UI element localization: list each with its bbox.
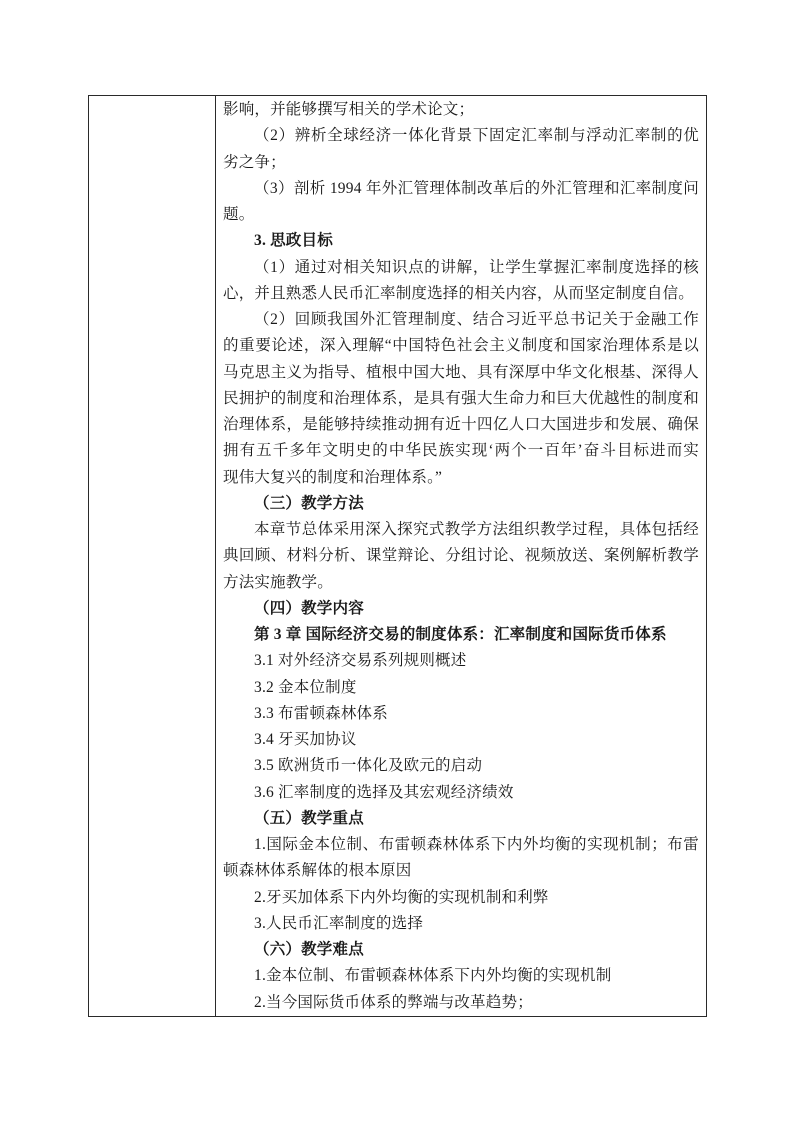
table-cell-left-empty — [89, 96, 216, 1016]
text-line: 题。 — [223, 202, 699, 228]
text-line: 的重要论述，深入理解“中国特色社会主义制度和国家治理体系是以 — [223, 333, 699, 359]
text-line: 3.4 牙买加协议 — [223, 727, 699, 753]
text-line: （2）辨析全球经济一体化背景下固定汇率制与浮动汇率制的优 — [223, 123, 699, 149]
text-line: 3.2 金本位制度 — [223, 675, 699, 701]
text-line: 民拥护的制度和治理体系，是具有强大生命力和巨大优越性的制度和 — [223, 386, 699, 412]
text-line: 3.6 汇率制度的选择及其宏观经济绩效 — [223, 780, 699, 806]
text-line: 治理体系，是能够持续推动拥有近十四亿人口大国进步和发展、确保 — [223, 412, 699, 438]
document-page: 影响，并能够撰写相关的学术论文；（2）辨析全球经济一体化背景下固定汇率制与浮动汇… — [0, 0, 794, 1123]
text-line: 2.当今国际货币体系的弊端与改革趋势； — [223, 990, 699, 1016]
heading-line: （六）教学难点 — [223, 937, 699, 963]
heading-line: （四）教学内容 — [223, 596, 699, 622]
table-cell-content: 影响，并能够撰写相关的学术论文；（2）辨析全球经济一体化背景下固定汇率制与浮动汇… — [216, 96, 706, 1016]
text-line: 心，并且熟悉人民币汇率制度选择的相关内容，从而坚定制度自信。 — [223, 281, 699, 307]
text-line: 3.人民币汇率制度的选择 — [223, 911, 699, 937]
heading-line: 3. 思政目标 — [223, 228, 699, 254]
heading-line: （三）教学方法 — [223, 491, 699, 517]
text-line: 方法实施教学。 — [223, 570, 699, 596]
text-line: 1.国际金本位制、布雷顿森林体系下内外均衡的实现机制；布雷 — [223, 832, 699, 858]
lesson-plan-table: 影响，并能够撰写相关的学术论文；（2）辨析全球经济一体化背景下固定汇率制与浮动汇… — [88, 95, 707, 1017]
text-line: 3.5 欧洲货币一体化及欧元的启动 — [223, 753, 699, 779]
text-line: 2.牙买加体系下内外均衡的实现机制和利弊 — [223, 885, 699, 911]
heading-line: 第 3 章 国际经济交易的制度体系：汇率制度和国际货币体系 — [223, 622, 699, 648]
text-line: 3.1 对外经济交易系列规则概述 — [223, 648, 699, 674]
text-line: 拥有五千多年文明史的中华民族实现‘两个一百年’奋斗目标进而实 — [223, 438, 699, 464]
text-line: 本章节总体采用深入探究式教学方法组织教学过程，具体包括经 — [223, 517, 699, 543]
text-line: 劣之争； — [223, 150, 699, 176]
text-line: 3.3 布雷顿森林体系 — [223, 701, 699, 727]
text-line: 影响，并能够撰写相关的学术论文； — [223, 97, 699, 123]
heading-line: （五）教学重点 — [223, 806, 699, 832]
text-line: 马克思主义为指导、植根中国大地、具有深厚中华文化根基、深得人 — [223, 360, 699, 386]
text-line: 现伟大复兴的制度和治理体系。” — [223, 465, 699, 491]
text-line: 1.金本位制、布雷顿森林体系下内外均衡的实现机制 — [223, 963, 699, 989]
text-line: 典回顾、材料分析、课堂辩论、分组讨论、视频放送、案例解析教学 — [223, 543, 699, 569]
text-line: （2）回顾我国外汇管理制度、结合习近平总书记关于金融工作 — [223, 307, 699, 333]
text-line: （3）剖析 1994 年外汇管理体制改革后的外汇管理和汇率制度问 — [223, 176, 699, 202]
text-line: （1）通过对相关知识点的讲解，让学生掌握汇率制度选择的核 — [223, 255, 699, 281]
text-line: 顿森林体系解体的根本原因 — [223, 858, 699, 884]
